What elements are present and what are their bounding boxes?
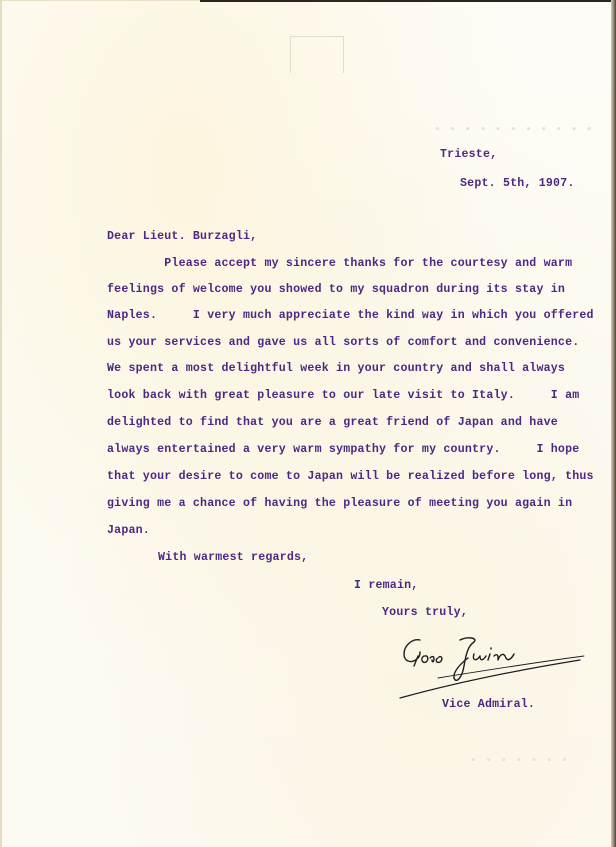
body-line: Naples. I very much appreciate the kind …	[107, 309, 594, 323]
closing-remain: I remain,	[354, 579, 418, 593]
scan-right-edge	[611, 0, 616, 847]
body-line: delighted to find that you are a great f…	[107, 416, 558, 430]
body-line: Japan.	[107, 524, 150, 538]
closing-yours: Yours truly,	[382, 606, 468, 620]
body-line: feelings of welcome you showed to my squ…	[107, 283, 565, 297]
letter-salutation: Dear Lieut. Burzagli,	[107, 230, 257, 244]
scan-top-edge	[200, 0, 616, 2]
signature: Goro Ijuin	[398, 632, 588, 702]
body-line: giving me a chance of having the pleasur…	[107, 497, 572, 511]
closing-regards: With warmest regards,	[158, 551, 308, 565]
body-line: always entertained a very warm sympathy …	[107, 443, 579, 457]
scan-left-edge	[0, 0, 2, 847]
letter-place: Trieste,	[440, 148, 497, 162]
body-line: that your desire to come to Japan will b…	[107, 470, 594, 484]
body-line: look back with great pleasure to our lat…	[107, 389, 579, 403]
letter-page: ▪ ▪ ▪ ▪ ▪ ▪ ▪ ▪ ▪ ▪ ▪ Trieste, Sept. 5th…	[0, 0, 616, 847]
bleed-through-text: ▪ ▪ ▪ ▪ ▪ ▪ ▪	[470, 755, 569, 767]
body-line: us your services and gave us all sorts o…	[107, 336, 579, 350]
body-line: We spent a most delightful week in your …	[107, 362, 565, 376]
scan-top-edge-light	[0, 0, 200, 1]
bleed-through-text: ▪ ▪ ▪ ▪ ▪ ▪ ▪ ▪ ▪ ▪ ▪	[434, 124, 594, 136]
body-line: Please accept my sincere thanks for the …	[107, 257, 572, 271]
letter-date: Sept. 5th, 1907.	[460, 177, 575, 191]
embossed-mark	[290, 36, 344, 73]
signatory-title: Vice Admiral.	[442, 698, 535, 712]
